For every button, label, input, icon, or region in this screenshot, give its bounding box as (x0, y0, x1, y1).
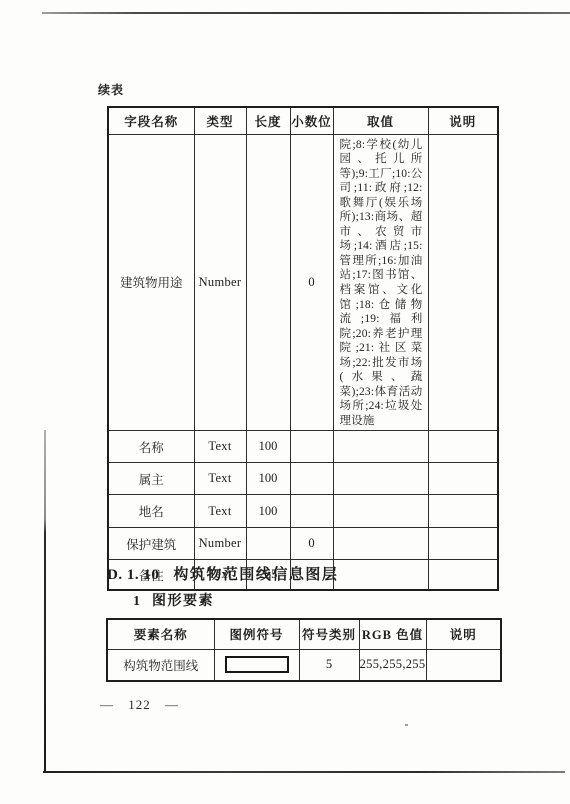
field-type-cell: Text (194, 495, 246, 528)
field-length-cell (246, 528, 290, 560)
col-header-rgb: RGB 色值 (359, 619, 426, 649)
field-length-cell: 100 (246, 463, 290, 495)
legend-symbol-cell (214, 649, 299, 681)
field-decimal-cell (290, 463, 333, 495)
field-decimal-cell (290, 431, 333, 463)
field-decimal-cell (290, 495, 333, 528)
document-page: 续表 字段名称 类型 长度 小数位 取值 说明 建筑物用途 Number 0 院… (0, 0, 570, 804)
table-header-row: 字段名称 类型 长度 小数位 取值 说明 (108, 107, 498, 134)
field-name-cell: 属主 (108, 463, 194, 495)
field-note-cell (428, 495, 498, 528)
table-row: 保护建筑 Number 0 (108, 528, 498, 560)
field-note-cell (428, 134, 498, 431)
field-note-cell (428, 431, 498, 463)
field-value-cell (333, 560, 428, 590)
field-name-cell: 地名 (108, 495, 194, 528)
symbol-category-cell: 5 (299, 649, 359, 681)
section-title: 构筑物范围线信息图层 (173, 567, 338, 583)
field-definition-table: 字段名称 类型 长度 小数位 取值 说明 建筑物用途 Number 0 院;8:… (107, 106, 499, 591)
field-type-cell: Text (194, 431, 246, 463)
continued-table-label: 续表 (98, 81, 124, 98)
scan-edge-top (42, 12, 570, 14)
field-length-cell: 100 (246, 495, 290, 528)
col-header-type: 类型 (194, 107, 246, 134)
field-length-cell: 100 (246, 431, 290, 463)
field-name-cell: 名称 (108, 431, 194, 463)
col-header-decimal: 小数位 (290, 107, 333, 134)
col-header-value: 取值 (333, 107, 428, 134)
element-name-cell: 构筑物范围线 (107, 649, 214, 681)
col-header-note: 说明 (426, 619, 501, 649)
rgb-value-cell: 255,255,255 (359, 649, 426, 681)
graphic-element-table: 要素名称 图例符号 符号类别 RGB 色值 说明 构筑物范围线 5 255,25… (106, 618, 502, 682)
subsection-heading: 1图形要素 (133, 590, 214, 610)
page-number: — 122 — (100, 697, 179, 713)
field-note-cell (428, 463, 498, 495)
field-name-cell: 保护建筑 (108, 528, 194, 560)
field-value-cell (333, 528, 428, 560)
section-heading: D. 1. 10构筑物范围线信息图层 (107, 563, 338, 584)
field-length-cell (246, 134, 290, 431)
element-note-cell (426, 649, 501, 681)
subsection-title: 图形要素 (152, 594, 214, 609)
field-name-cell: 建筑物用途 (108, 134, 194, 431)
field-value-cell (333, 431, 428, 463)
field-value-cell: 院;8:学校(幼儿园、托儿所等);9:工厂;10:公司;11:政府;12:歌舞厅… (333, 134, 428, 431)
field-decimal-cell: 0 (290, 528, 333, 560)
table-header-row: 要素名称 图例符号 符号类别 RGB 色值 说明 (107, 619, 501, 649)
col-header-field-name: 字段名称 (108, 107, 194, 134)
section-number: D. 1. 10 (107, 567, 159, 583)
table-row: 属主 Text 100 (108, 463, 498, 495)
col-header-note: 说明 (428, 107, 498, 134)
field-value-cell (333, 495, 428, 528)
field-type-cell: Number (194, 134, 246, 431)
legend-rectangle-symbol (225, 656, 289, 673)
col-header-element-name: 要素名称 (107, 619, 214, 649)
col-header-length: 长度 (246, 107, 290, 134)
scan-edge-left (44, 430, 46, 773)
table-row: 建筑物用途 Number 0 院;8:学校(幼儿园、托儿所等);9:工厂;10:… (108, 134, 498, 431)
field-value-cell (333, 463, 428, 495)
field-note-cell (428, 560, 498, 590)
col-header-symbol-category: 符号类别 (299, 619, 359, 649)
field-type-cell: Text (194, 463, 246, 495)
field-decimal-cell: 0 (290, 134, 333, 431)
field-note-cell (428, 528, 498, 560)
scan-edge-bottom (43, 771, 565, 773)
table-row: 地名 Text 100 (108, 495, 498, 528)
col-header-legend-symbol: 图例符号 (214, 619, 299, 649)
scan-speck (405, 724, 408, 726)
field-type-cell: Number (194, 528, 246, 560)
table-row: 构筑物范围线 5 255,255,255 (107, 649, 501, 681)
table-row: 名称 Text 100 (108, 431, 498, 463)
subsection-number: 1 (133, 594, 140, 609)
